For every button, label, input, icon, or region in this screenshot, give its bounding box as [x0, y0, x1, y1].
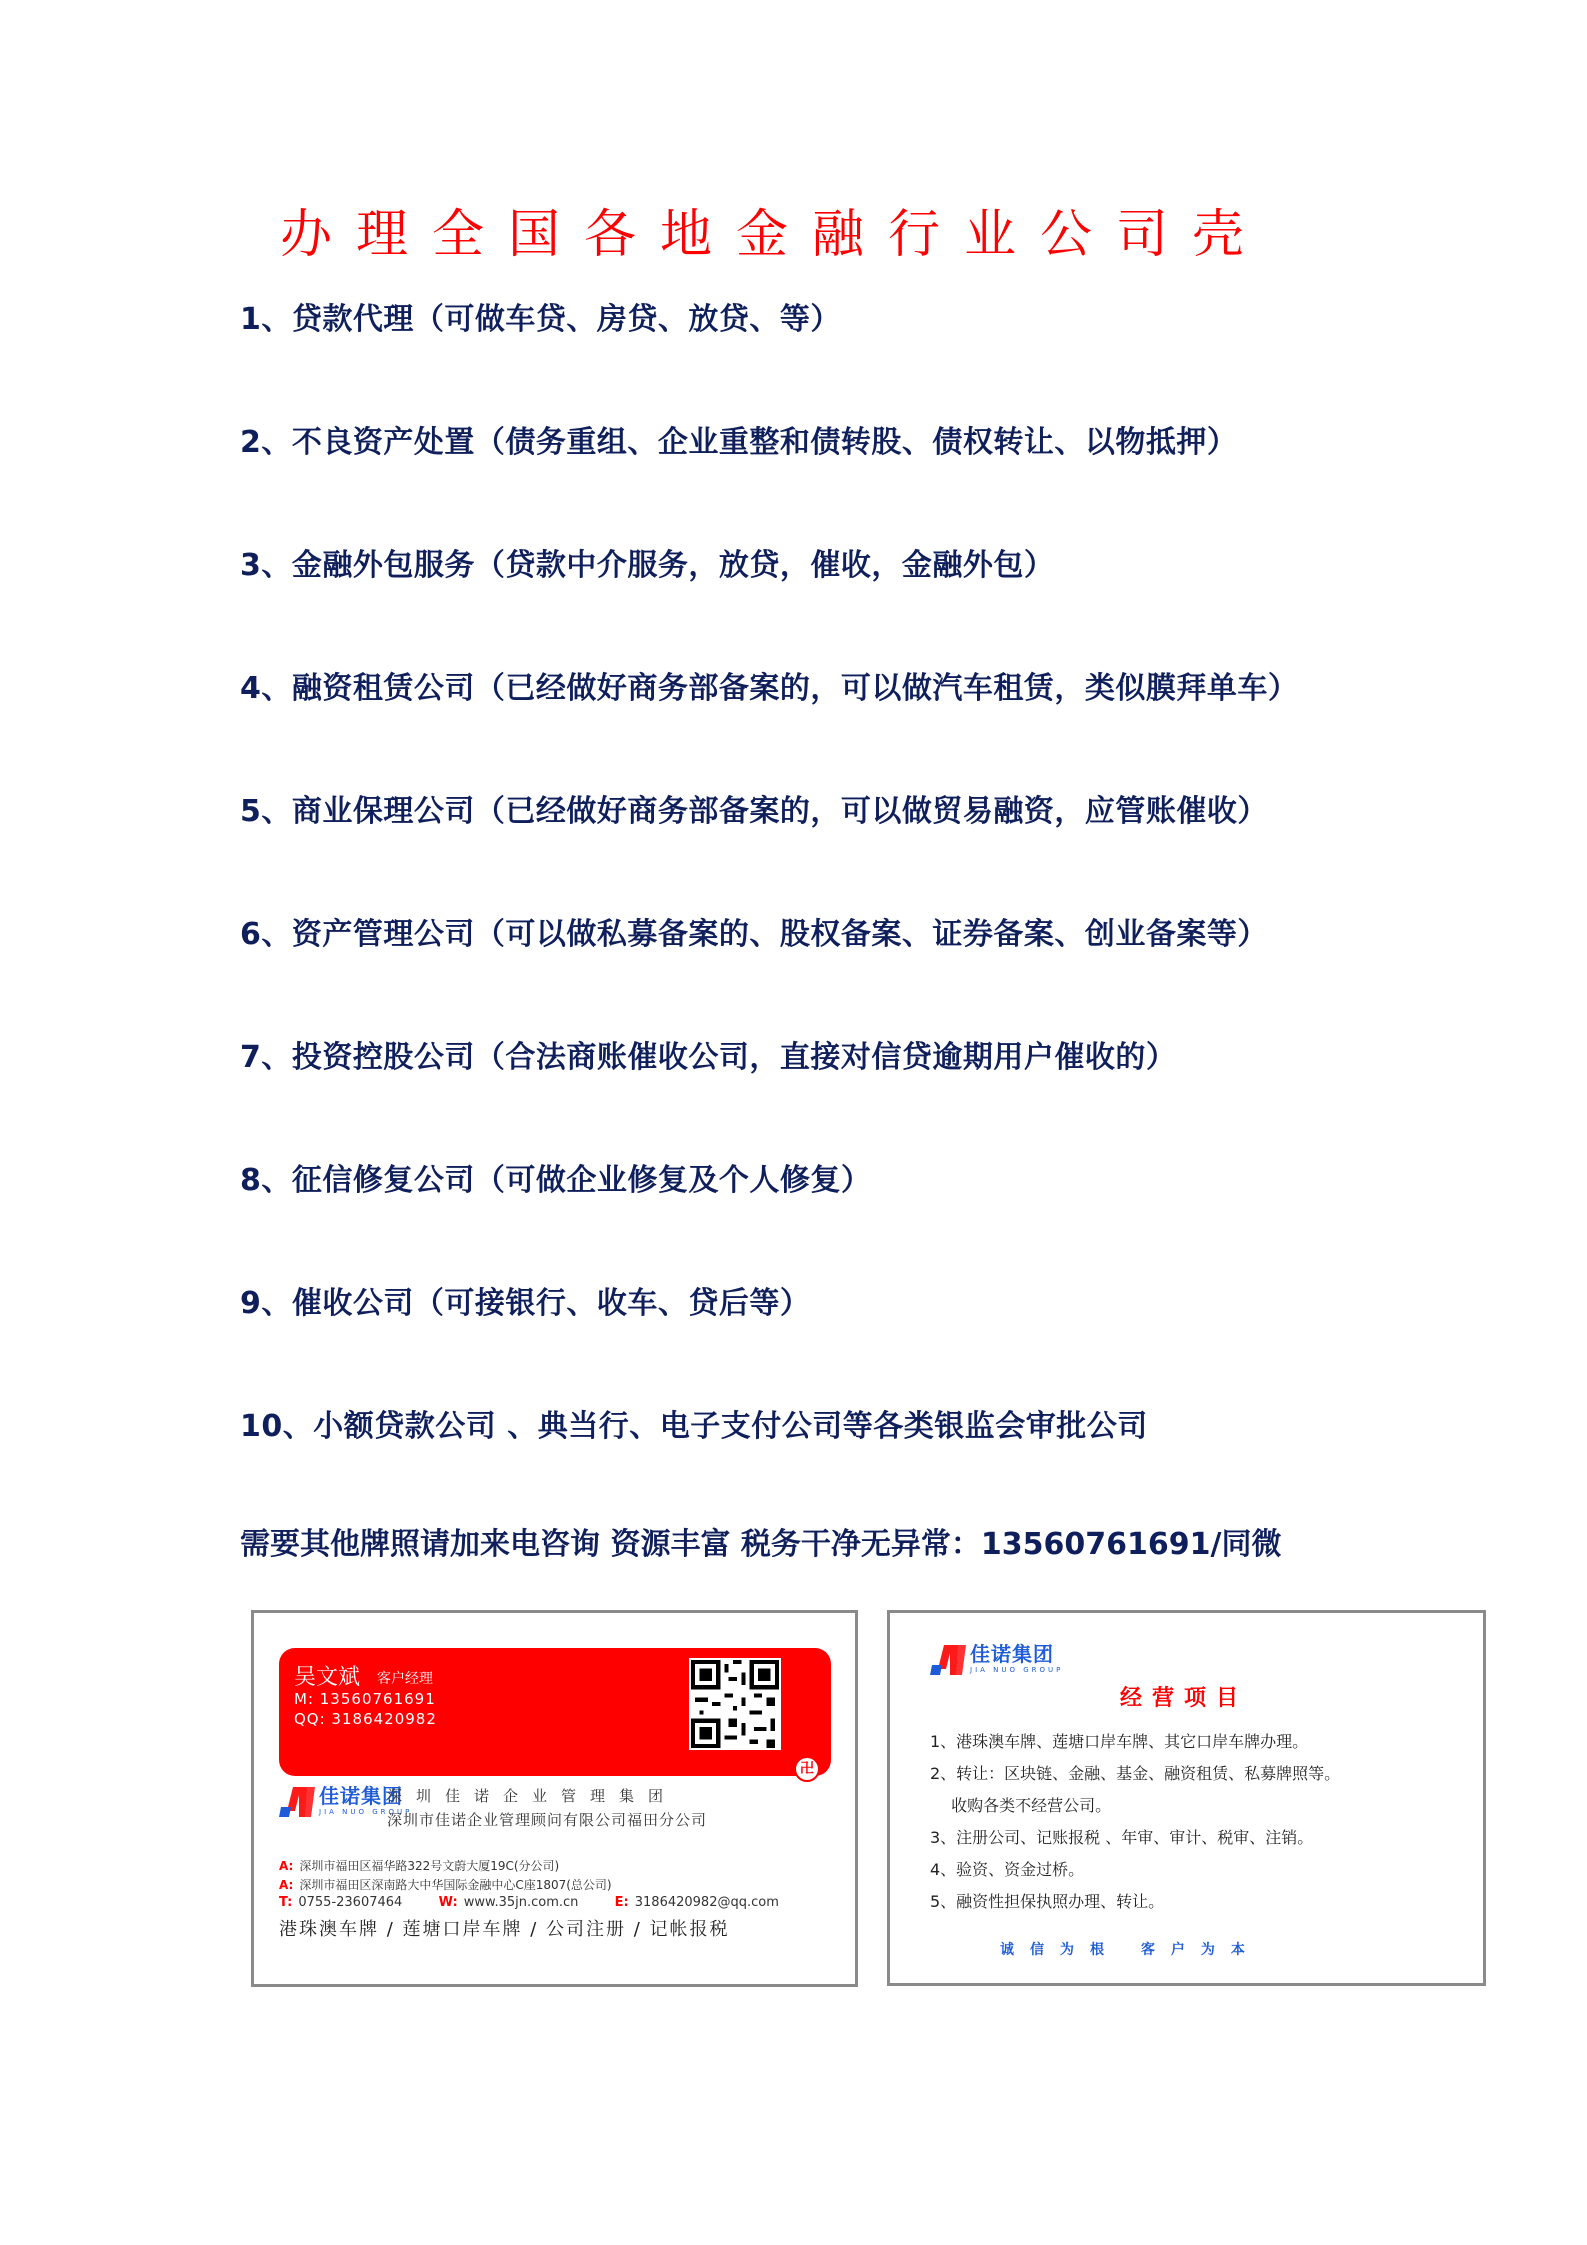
motto: 诚信为根 客户为本 [1000, 1939, 1261, 1959]
address-branch: A:深圳市福田区福华路322号文蔚大厦19C(分公司) [279, 1857, 559, 1874]
company-logo: 佳诺集团 JIA NUO GROUP [930, 1643, 1063, 1677]
list-item: 8、征信修复公司（可做企业修复及个人修复） [240, 1161, 871, 1201]
contact-role: 客户经理 [377, 1668, 433, 1688]
company-name: 深圳市佳诺企业管理顾问有限公司福田分公司 [387, 1809, 707, 1830]
seal-icon: 卍 [794, 1756, 820, 1782]
phone-label: T: [279, 1895, 292, 1910]
qr-code-icon [689, 1658, 781, 1750]
business-scope-heading: 经营项目 [1120, 1681, 1248, 1712]
web-label: W: [439, 1895, 458, 1910]
business-item: 2、转让：区块链、金融、基金、融资租赁、私募牌照等。 [930, 1761, 1340, 1784]
address-label: A: [279, 1859, 293, 1873]
logo-en-text: JIA NUO GROUP [970, 1665, 1063, 1675]
qq-number: QQ: 3186420982 [294, 1710, 437, 1728]
red-header-band: 吴文斌 客户经理 M: 13560761691 QQ: 3186420982 [279, 1648, 831, 1776]
web-value: www.35jn.com.cn [464, 1895, 579, 1910]
jn-logo-icon [930, 1643, 966, 1677]
address-label: A: [279, 1878, 293, 1892]
business-item: 4、验资、资金过桥。 [930, 1857, 1084, 1880]
business-card-front: 吴文斌 客户经理 M: 13560761691 QQ: 3186420982 [251, 1610, 858, 1987]
list-item: 9、催收公司（可接银行、收车、贷后等） [240, 1284, 810, 1324]
list-item: 1、贷款代理（可做车贷、房贷、放贷、等） [240, 300, 841, 340]
contact-name: 吴文斌 [294, 1660, 360, 1691]
address-hq: A:深圳市福田区深南路大中华国际金融中心C座1807(总公司) [279, 1876, 612, 1893]
email-label: E: [615, 1895, 629, 1910]
list-item: 4、融资租赁公司（已经做好商务部备案的，可以做汽车租赁，类似膜拜单车） [240, 669, 1298, 709]
mobile-number: M: 13560761691 [294, 1690, 436, 1708]
business-item: 5、融资性担保执照办理、转让。 [930, 1889, 1164, 1912]
group-name: 深圳佳诺企业管理集团 [387, 1785, 677, 1806]
logo-cn-text: 佳诺集团 [970, 1643, 1063, 1665]
list-item: 2、不良资产处置（债务重组、企业重整和债转股、债权转让、以物抵押） [240, 423, 1237, 463]
jn-logo-icon [279, 1785, 315, 1819]
address-value: 深圳市福田区福华路322号文蔚大厦19C(分公司) [299, 1859, 559, 1873]
business-item: 1、港珠澳车牌、莲塘口岸车牌、其它口岸车牌办理。 [930, 1729, 1308, 1752]
phone-value: 0755-23607464 [298, 1895, 402, 1910]
list-item: 7、投资控股公司（合法商账催收公司，直接对信贷逾期用户催收的） [240, 1038, 1176, 1078]
address-value: 深圳市福田区深南路大中华国际金融中心C座1807(总公司) [299, 1878, 611, 1892]
list-item: 5、商业保理公司（已经做好商务部备案的，可以做贸易融资，应管账催收） [240, 792, 1268, 832]
list-item: 10、小额贷款公司 、典当行、电子支付公司等各类银监会审批公司 [240, 1407, 1148, 1447]
list-item: 3、金融外包服务（贷款中介服务，放贷，催收，金融外包） [240, 546, 1054, 586]
contact-note: 需要其他牌照请加来电咨询 资源丰富 税务干净无异常：13560761691/同微 [240, 1525, 1281, 1565]
business-item: 3、注册公司、记账报税 、年审、审计、税审、注销。 [930, 1825, 1313, 1848]
contact-line: T:0755-23607464 W:www.35jn.com.cn E:3186… [279, 1895, 779, 1910]
business-card-back: 佳诺集团 JIA NUO GROUP 经营项目 1、港珠澳车牌、莲塘口岸车牌、其… [887, 1610, 1486, 1986]
services-line: 港珠澳车牌 / 莲塘口岸车牌 / 公司注册 / 记帐报税 [279, 1915, 730, 1941]
list-item: 6、资产管理公司（可以做私募备案的、股权备案、证券备案、创业备案等） [240, 915, 1268, 955]
business-item: 收购各类不经营公司。 [930, 1793, 1111, 1816]
page-title: 办理全国各地金融行业公司壳 [280, 200, 1320, 270]
email-value: 3186420982@qq.com [635, 1895, 779, 1910]
